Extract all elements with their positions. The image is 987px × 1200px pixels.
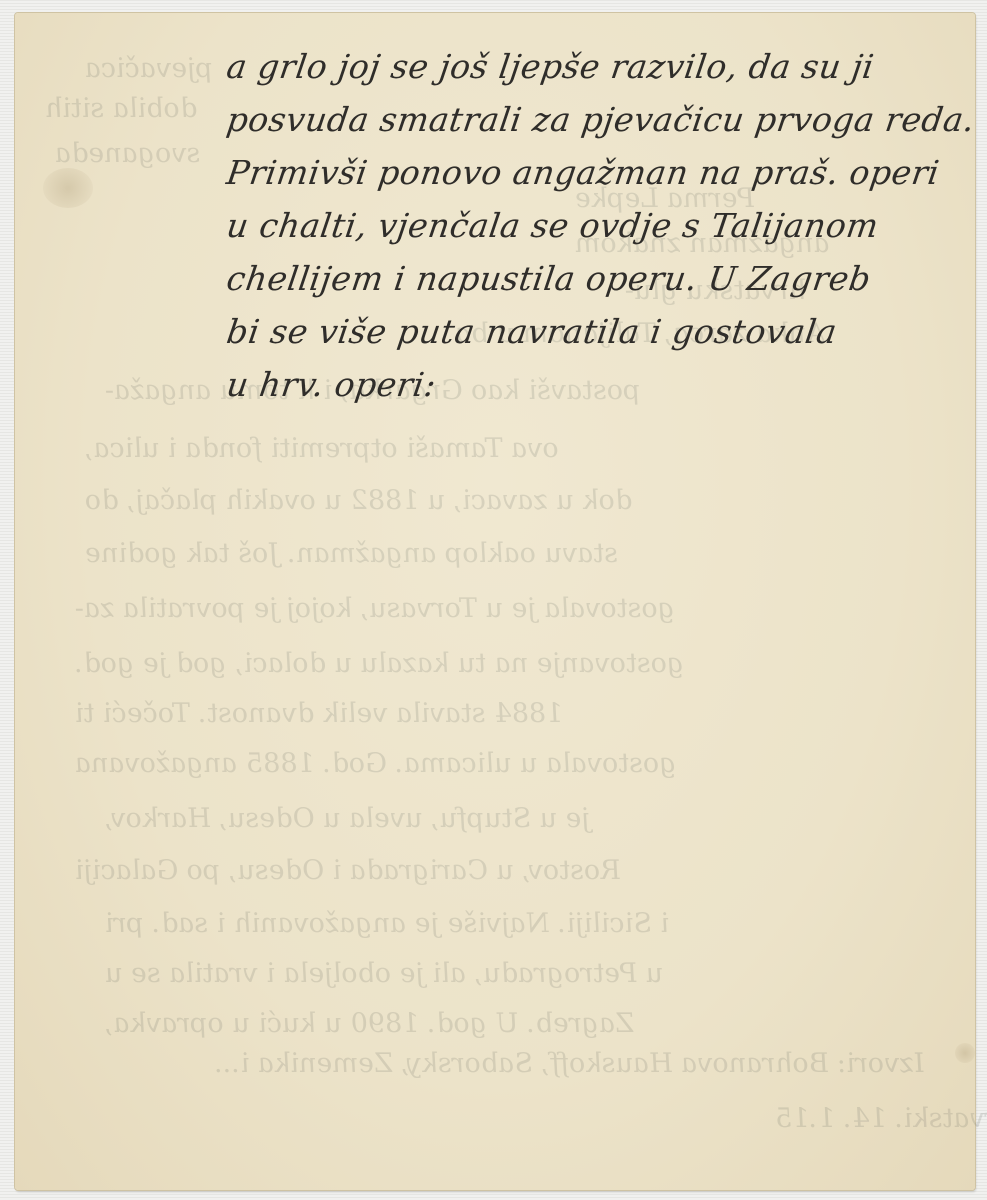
bleed-through-line: stavu oaklop angažman. Još tak godine (83, 538, 620, 569)
bleed-through-line: i Siciliji. Najviše je angažovanih i sad… (103, 908, 671, 939)
bleed-through-line: ova Tamaši otpremiti fonda i ulica, (83, 433, 561, 464)
handwritten-line: Primivši ponovo angažman na praš. operi (224, 153, 942, 192)
handwritten-line: chellijem i napustila operu. U Zagreb (224, 259, 873, 298)
bleed-through-line: gostovala je u Torvasu, kojoj je povrati… (73, 593, 677, 624)
bleed-through-line: Hrvatski. 14. 1.15 (773, 1103, 987, 1134)
bleed-through-line: Rostov, u Carigrada i Odesu, po Galaciji (73, 855, 623, 886)
paper-stain (955, 1043, 975, 1063)
bleed-through-line: Izvori: Bohranova Hauskoff, Saborsky, Ze… (213, 1048, 927, 1079)
bleed-through-line: 1884 stavila velik dvanost. Točeći ti (73, 698, 565, 729)
bleed-through-line: gostovala u ulicama. God. 1885 angažovan… (73, 748, 679, 779)
bleed-through-line: dobila sitih (43, 93, 199, 124)
handwritten-line: bi se više puta navratila i gostovala (224, 312, 839, 351)
handwritten-line: u chalti, vjenčala se ovdje s Talijanom (224, 206, 881, 245)
bleed-through-line: pjevačica (83, 53, 215, 84)
bleed-through-line: dok u zavaci, u 1882 u ovakih plačaj, do (83, 485, 635, 516)
bleed-through-line: je u Stupfu, uvela u Odesu, Harkov, (103, 803, 592, 834)
manuscript-page: pjevačica dobila sitih svoganeda Perma L… (15, 13, 975, 1190)
handwritten-line: a grlo joj se još ljepše razvilo, da su … (224, 47, 876, 86)
paper-stain (43, 168, 93, 208)
bleed-through-line: svoganeda (53, 138, 203, 169)
handwritten-line: u hrv. operi: (224, 365, 438, 404)
bleed-through-line: u Petrogradu, ali je oboljela i vratila … (103, 958, 665, 989)
handwritten-line: posvuda smatrali za pjevačicu prvoga red… (224, 100, 977, 139)
bleed-through-line: Zagreb. U god. 1890 u kući u opravka, (103, 1008, 636, 1039)
bleed-through-line: gostovanje na tu kazalu u dolaci, god je… (73, 648, 687, 679)
